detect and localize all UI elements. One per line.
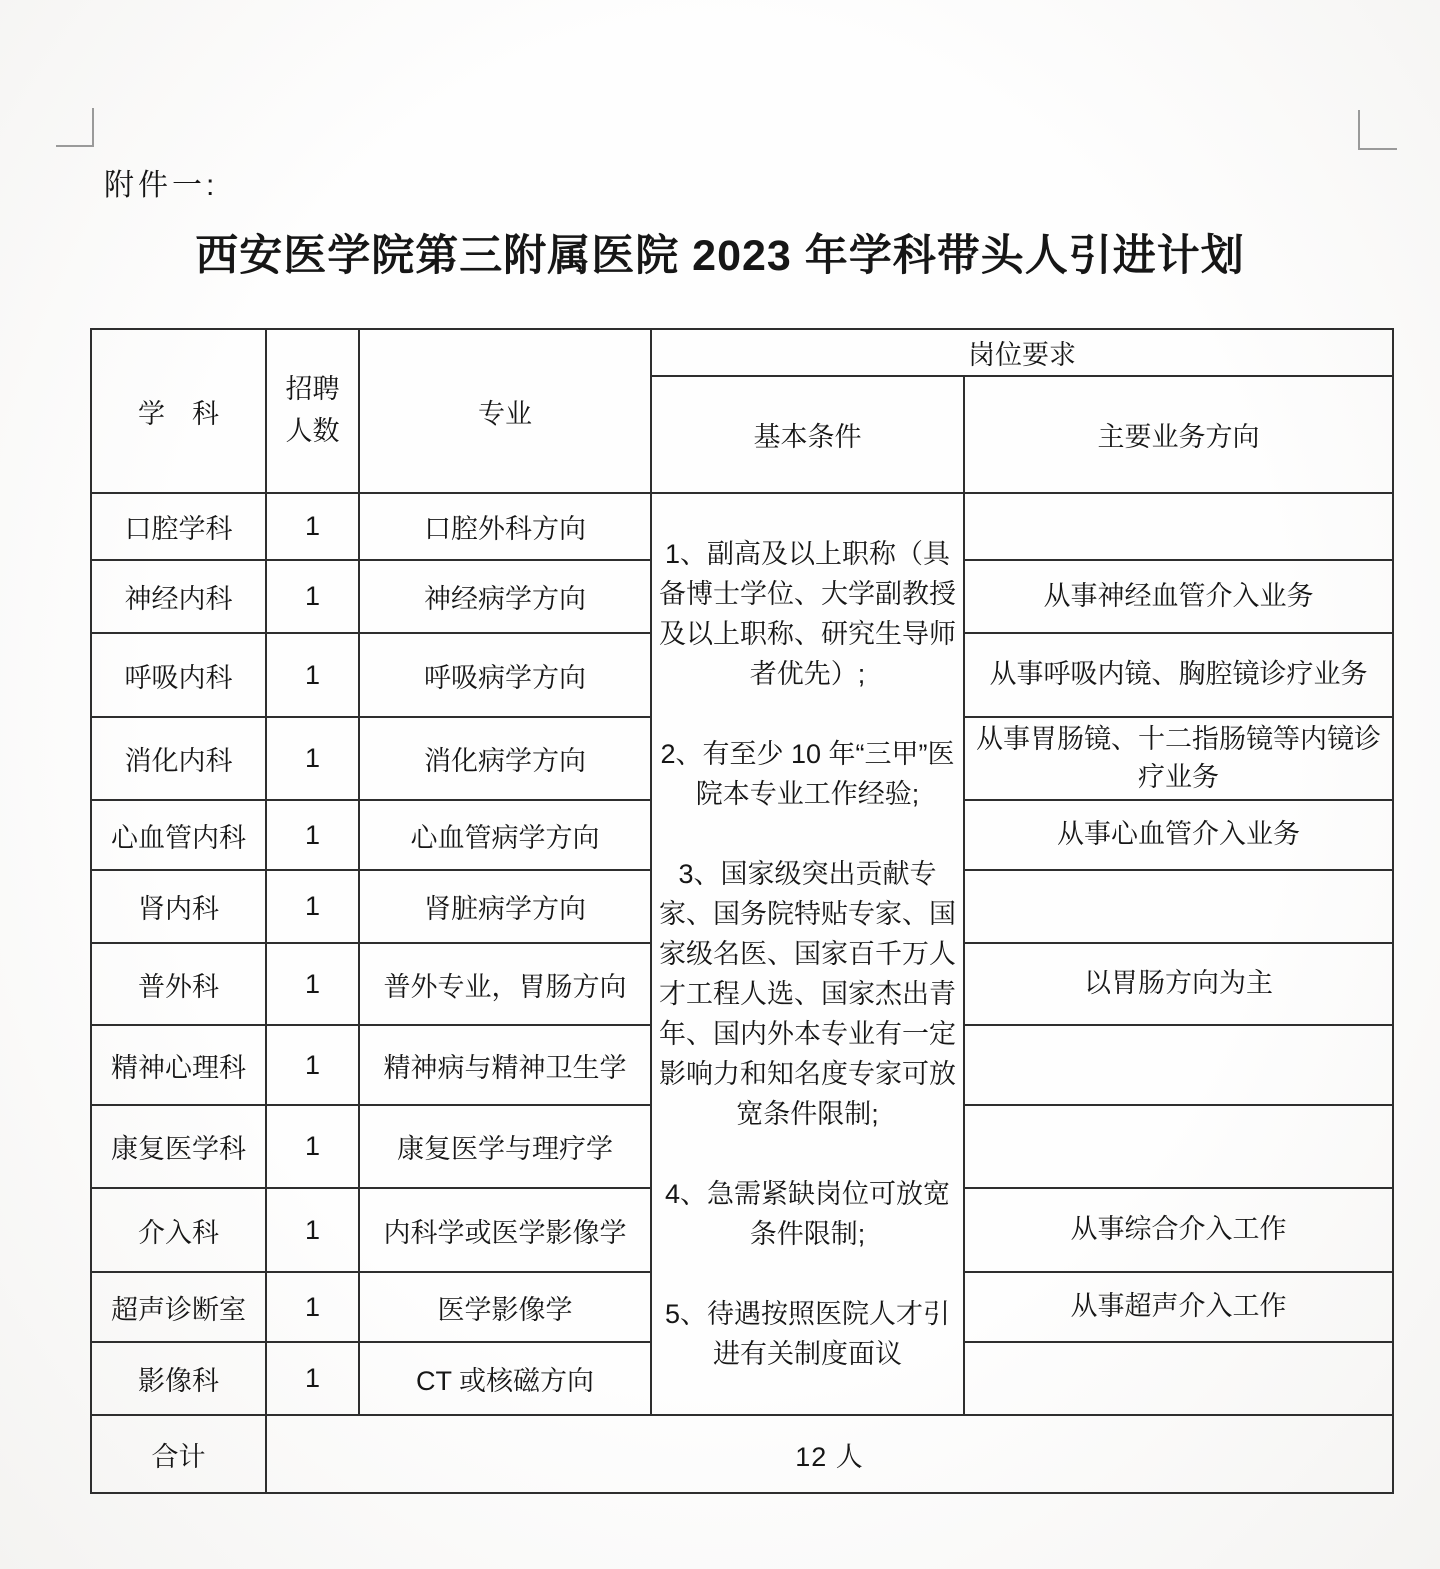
cell-discipline: 口腔学科 — [91, 493, 266, 560]
cell-specialty: 心血管病学方向 — [359, 800, 651, 870]
total-label-cell: 合计 — [91, 1415, 266, 1493]
page-corner-mark-right-icon — [1358, 110, 1397, 150]
cell-discipline: 神经内科 — [91, 560, 266, 633]
cell-specialty: 消化病学方向 — [359, 717, 651, 800]
cell-count: 1 — [266, 1105, 359, 1188]
cell-specialty: 呼吸病学方向 — [359, 633, 651, 717]
page-corner-mark-left-icon — [56, 108, 94, 147]
cell-count: 1 — [266, 943, 359, 1025]
total-row: 合计 12 人 — [91, 1415, 1393, 1493]
cell-count: 1 — [266, 1025, 359, 1105]
cell-discipline: 康复医学科 — [91, 1105, 266, 1188]
cell-count: 1 — [266, 493, 359, 560]
basic-condition-item: 2、有至少 10 年“三甲”医院本专业工作经验; — [658, 734, 957, 814]
cell-count: 1 — [266, 560, 359, 633]
cell-count: 1 — [266, 1272, 359, 1342]
cell-count: 1 — [266, 1188, 359, 1272]
cell-specialty: 口腔外科方向 — [359, 493, 651, 560]
column-header-job-requirements: 岗位要求 — [651, 329, 1393, 376]
basic-condition-item: 1、副高及以上职称（具备博士学位、大学副教授及以上职称、研究生导师者优先）; — [658, 534, 957, 694]
cell-specialty: CT 或核磁方向 — [359, 1342, 651, 1415]
cell-discipline: 肾内科 — [91, 870, 266, 943]
cell-specialty: 康复医学与理疗学 — [359, 1105, 651, 1188]
cell-count: 1 — [266, 800, 359, 870]
attachment-label: 附件一: — [104, 160, 218, 204]
table-row: 口腔学科 1 口腔外科方向 1、副高及以上职称（具备博士学位、大学副教授及以上职… — [91, 493, 1393, 560]
cell-specialty: 内科学或医学影像学 — [359, 1188, 651, 1272]
column-header-specialty: 专业 — [359, 329, 651, 493]
cell-discipline: 影像科 — [91, 1342, 266, 1415]
cell-discipline: 精神心理科 — [91, 1025, 266, 1105]
total-value-cell: 12 人 — [266, 1415, 1393, 1493]
cell-count: 1 — [266, 870, 359, 943]
cell-business — [964, 1105, 1393, 1188]
cell-count: 1 — [266, 1342, 359, 1415]
cell-business — [964, 870, 1393, 943]
cell-business: 从事综合介入工作 — [964, 1188, 1393, 1272]
cell-business: 以胃肠方向为主 — [964, 943, 1393, 1025]
basic-condition-item: 3、国家级突出贡献专家、国务院特贴专家、国家级名医、国家百千万人才工程人选、国家… — [658, 854, 957, 1134]
cell-specialty: 精神病与精神卫生学 — [359, 1025, 651, 1105]
cell-specialty: 普外专业，胃肠方向 — [359, 943, 651, 1025]
cell-business — [964, 493, 1393, 560]
cell-basic-conditions: 1、副高及以上职称（具备博士学位、大学副教授及以上职称、研究生导师者优先）; 2… — [651, 493, 964, 1415]
cell-discipline: 介入科 — [91, 1188, 266, 1272]
cell-count: 1 — [266, 633, 359, 717]
basic-condition-item: 5、待遇按照医院人才引进有关制度面议 — [658, 1294, 957, 1374]
column-header-basic-conditions: 基本条件 — [651, 376, 964, 493]
cell-discipline: 呼吸内科 — [91, 633, 266, 717]
cell-business: 从事胃肠镜、十二指肠镜等内镜诊疗业务 — [964, 717, 1393, 800]
basic-condition-item: 4、急需紧缺岗位可放宽条件限制; — [658, 1174, 957, 1254]
document-title: 西安医学院第三附属医院 2023 年学科带头人引进计划 — [0, 222, 1440, 283]
cell-business: 从事超声介入工作 — [964, 1272, 1393, 1342]
cell-business: 从事神经血管介入业务 — [964, 560, 1393, 633]
cell-business: 从事呼吸内镜、胸腔镜诊疗业务 — [964, 633, 1393, 717]
cell-discipline: 超声诊断室 — [91, 1272, 266, 1342]
cell-discipline: 心血管内科 — [91, 800, 266, 870]
column-header-discipline: 学 科 — [91, 329, 266, 493]
cell-business: 从事心血管介入业务 — [964, 800, 1393, 870]
cell-discipline: 普外科 — [91, 943, 266, 1025]
cell-count: 1 — [266, 717, 359, 800]
cell-specialty: 神经病学方向 — [359, 560, 651, 633]
cell-business — [964, 1342, 1393, 1415]
cell-specialty: 医学影像学 — [359, 1272, 651, 1342]
recruitment-plan-table: 学 科 招聘人数 专业 岗位要求 基本条件 主要业务方向 口腔学科 1 口腔外科… — [90, 328, 1394, 1494]
header-row-top: 学 科 招聘人数 专业 岗位要求 — [91, 329, 1393, 376]
cell-discipline: 消化内科 — [91, 717, 266, 800]
column-header-recruit-count: 招聘人数 — [266, 329, 359, 493]
cell-specialty: 肾脏病学方向 — [359, 870, 651, 943]
cell-business — [964, 1025, 1393, 1105]
column-header-main-business: 主要业务方向 — [964, 376, 1393, 493]
